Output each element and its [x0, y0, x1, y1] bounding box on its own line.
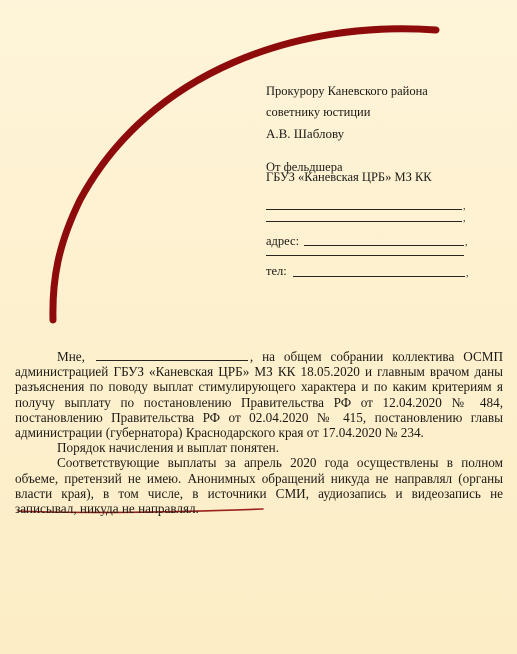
line-end-mark: ,: [465, 237, 468, 248]
line-end-mark: ,: [466, 268, 469, 279]
address-blank-line-2: [266, 255, 464, 256]
address-label: адрес:: [266, 234, 299, 249]
statement-body: Мне, , на общем собрании коллектива ОСМП…: [15, 349, 503, 516]
paragraph-payments: Соответствующие выплаты за апрель 2020 г…: [15, 455, 503, 516]
paragraph-1-rest: , на общем собрании коллектива ОСМП адми…: [15, 349, 503, 440]
name-blank-line-1: [266, 209, 462, 210]
sender-organization: ГБУЗ «Каневская ЦРБ» МЗ КК: [266, 171, 432, 184]
phone-label: тел:: [266, 264, 287, 279]
phone-blank-line: [293, 276, 465, 277]
recipient-name: А.В. Шаблову: [266, 127, 344, 140]
address-blank-line-1: [304, 245, 464, 246]
red-arc-mark: [0, 0, 517, 654]
document-page: Прокурору Каневского района советнику юс…: [0, 0, 517, 654]
name-inline-blank: [96, 349, 248, 361]
paragraph-understood: Порядок начисления и выплат понятен.: [15, 440, 503, 455]
recipient-rank: советнику юстиции: [266, 106, 370, 119]
paragraph-explanation: Мне, , на общем собрании коллектива ОСМП…: [15, 349, 503, 440]
line-end-mark: ,: [463, 213, 466, 224]
paragraph-3-start: Соответствующие выплаты за апрель 2020 г…: [57, 455, 461, 470]
name-blank-line-2: [266, 221, 462, 222]
line-end-mark: ,: [463, 201, 466, 212]
recipient-title: Прокурору Каневского района: [266, 85, 428, 98]
paragraph-1-start: Мне,: [57, 349, 85, 364]
